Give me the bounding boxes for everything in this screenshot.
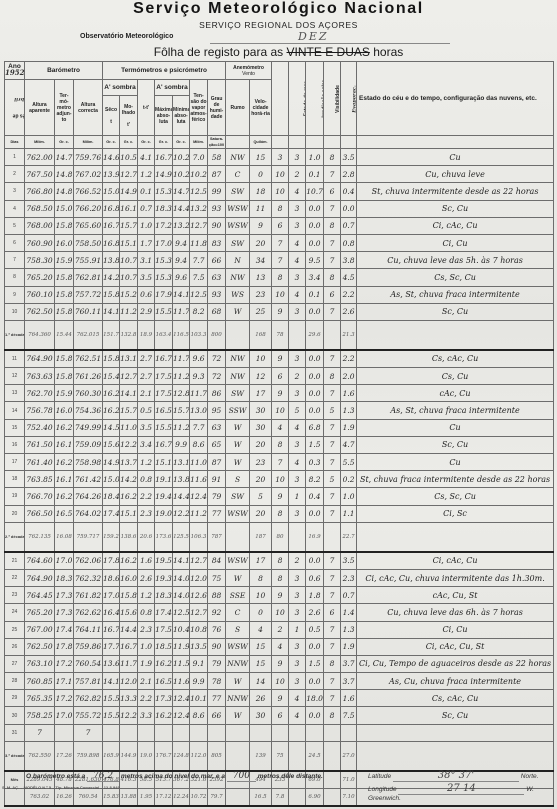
sum-seco: 159.2: [103, 522, 120, 552]
cell-mar: 1: [289, 488, 306, 505]
cell-tens: 7.7: [190, 419, 208, 436]
sky-remark: cAc, Cu: [357, 385, 554, 402]
day-cell: 6: [5, 234, 25, 251]
sky-remark: [357, 724, 554, 741]
cell-tens: 8.6: [190, 436, 208, 453]
blank: [357, 741, 554, 771]
sum-irr: 29.6: [306, 320, 324, 350]
cell-alt_c: 762.51: [74, 350, 103, 368]
cell-term: 15.8: [55, 368, 74, 385]
cell-tens: 12.6: [190, 587, 208, 604]
cell-max: 16.2: [155, 655, 173, 672]
month-vis: [324, 789, 341, 807]
cell-alt_ap: 765.20: [25, 269, 55, 286]
cell-max: 15.5: [155, 303, 173, 320]
sum-seco: 151.7: [103, 320, 120, 350]
cell-alt_c: 749.99: [74, 419, 103, 436]
cell-tens: 7.5: [190, 269, 208, 286]
cell-irr: 8.2: [306, 471, 324, 488]
cell-evap: 2.2: [341, 286, 357, 303]
cell-evap: 3.7: [341, 673, 357, 690]
cell-irr: 3.4: [306, 269, 324, 286]
cell-vis: 8: [324, 368, 341, 385]
longitude-value: 27 14: [398, 783, 524, 795]
cell-alt_ap: 760.10: [25, 286, 55, 303]
cell-alt_ap: 758.25: [25, 707, 55, 724]
cell-evap: 0.7: [341, 587, 357, 604]
cell-alt_ap: 768.50: [25, 200, 55, 217]
cell-nuv: 7: [272, 252, 289, 269]
cell-irr: 0.0: [306, 385, 324, 402]
cell-seco: 14.1: [103, 303, 120, 320]
cell-vel: 30: [250, 402, 272, 419]
cell-evap: 4.5: [341, 269, 357, 286]
barometer-distance: 700: [227, 771, 256, 782]
cell-term: 17.1: [55, 673, 74, 690]
cell-max: 15.3: [155, 269, 173, 286]
cell-nuv: 10: [272, 286, 289, 303]
cell-vis: 7: [324, 505, 341, 522]
cell-diff: 2.3: [138, 621, 155, 638]
cell-term: 15.8: [55, 217, 74, 234]
cell-nuv: 9: [272, 655, 289, 672]
cell-mar: 3: [289, 436, 306, 453]
cell-tens: 10.1: [190, 690, 208, 707]
cell-mar: 3: [289, 149, 306, 166]
sum-alt_ap: 764.360: [25, 320, 55, 350]
cell-alt_ap: 752.40: [25, 419, 55, 436]
unit-blank: [306, 136, 324, 149]
cell-rumo: W: [226, 454, 250, 471]
cell-min: 14.7: [173, 183, 190, 200]
cell-min: 12.5: [173, 604, 190, 621]
cell-mar: 3: [289, 569, 306, 586]
cell-min: 9.9: [173, 436, 190, 453]
cell-molh: [120, 724, 138, 741]
cell-evap: 1.9: [341, 419, 357, 436]
cell-alt_ap: 764.90: [25, 569, 55, 586]
cell-vel: 20: [250, 234, 272, 251]
cell-vis: 7: [324, 552, 341, 570]
cell-seco: 16.7: [103, 217, 120, 234]
cell-vel: 30: [250, 419, 272, 436]
cell-max: 18.3: [155, 587, 173, 604]
cell-term: 15.9: [55, 252, 74, 269]
cell-min: 14.4: [173, 488, 190, 505]
cell-max: 16.5: [155, 673, 173, 690]
cell-diff: 4.1: [138, 149, 155, 166]
cell-alt_c: 762.06: [74, 552, 103, 570]
unit-blank: [226, 136, 250, 149]
solar-irradiation-header: Irradiação solar: [306, 62, 324, 136]
table-row: 18763.8516.1761.4215.014.20.819.113.811.…: [5, 471, 554, 488]
cell-evap: 1.9: [341, 638, 357, 655]
cell-diff: 3.5: [138, 419, 155, 436]
cell-alt_c: 765.60: [74, 217, 103, 234]
sum-term: 15.44: [55, 320, 74, 350]
cell-min: 9.4: [173, 234, 190, 251]
cell-vel: 23: [250, 286, 272, 303]
cell-max: 18.5: [155, 638, 173, 655]
cell-molh: 15.7: [120, 217, 138, 234]
cell-seco: 15.0: [103, 183, 120, 200]
cell-molh: 15.7: [120, 402, 138, 419]
cell-diff: 3.1: [138, 252, 155, 269]
sheet-title-hour: VINTE E DUAS: [287, 45, 370, 59]
cell-seco: 16.8: [103, 234, 120, 251]
cell-term: 17.0: [55, 707, 74, 724]
cell-molh: 16.2: [120, 488, 138, 505]
cell-term: 16.2: [55, 419, 74, 436]
cell-seco: 15.5: [103, 707, 120, 724]
cell-evap: 1.0: [341, 488, 357, 505]
cell-nuv: 7: [272, 234, 289, 251]
cell-vel: 10: [250, 587, 272, 604]
cell-term: 15.8: [55, 303, 74, 320]
cell-vis: 7: [324, 419, 341, 436]
cell-hum: 58: [208, 149, 226, 166]
unit-grc: Gr. c.: [120, 136, 138, 149]
cell-hum: 99: [208, 183, 226, 200]
day-cell: 25: [5, 621, 25, 638]
cell-mar: 4: [289, 707, 306, 724]
cell-vis: 7: [324, 673, 341, 690]
cell-seco: 17.0: [103, 587, 120, 604]
cell-alt_ap: 758.30: [25, 252, 55, 269]
cell-tens: 9.6: [190, 350, 208, 368]
cell-vis: 8: [324, 655, 341, 672]
cell-max: 17.5: [155, 621, 173, 638]
day-cell: 16: [5, 436, 25, 453]
cell-vis: 5: [324, 471, 341, 488]
cell-nuv: 2: [272, 621, 289, 638]
sum-vel: 168: [250, 320, 272, 350]
cell-rumo: C: [226, 166, 250, 183]
cell-seco: 15.6: [103, 436, 120, 453]
sum-molh: 144.9: [120, 741, 138, 771]
cell-term: 17.2: [55, 690, 74, 707]
cell-diff: 2.1: [138, 673, 155, 690]
cell-hum: 63: [208, 419, 226, 436]
unit-blank: [289, 136, 306, 149]
day-cell: 20: [5, 505, 25, 522]
barometer-height: 76,2: [87, 771, 119, 782]
cell-hum: 65: [208, 436, 226, 453]
cell-vel: 34: [250, 252, 272, 269]
cell-min: 12.8: [173, 385, 190, 402]
cell-vis: 6: [324, 286, 341, 303]
cell-hum: 72: [208, 350, 226, 368]
cell-seco: 16.7: [103, 621, 120, 638]
cell-rumo: SSE: [226, 587, 250, 604]
cell-vis: 7: [324, 638, 341, 655]
cell-alt_c: 758.98: [74, 454, 103, 471]
cell-tens: 13.2: [190, 200, 208, 217]
cell-seco: 17.8: [103, 552, 120, 570]
cell-min: 11.5: [173, 655, 190, 672]
unit-blank: [324, 136, 341, 149]
cell-vel: 11: [250, 200, 272, 217]
cell-evap: [341, 724, 357, 741]
table-row: 6760.9016.0758.5016.815.11.717.09.411.88…: [5, 234, 554, 251]
cell-alt_ap: 766.80: [25, 183, 55, 200]
cell-max: 19.0: [155, 505, 173, 522]
sum-rumo: [226, 522, 250, 552]
sum-min: 116.5: [173, 320, 190, 350]
cell-evap: 1.3: [341, 621, 357, 638]
cell-min: 14.4: [173, 200, 190, 217]
cell-alt_ap: 765.20: [25, 604, 55, 621]
dry-header: Sêcot: [103, 96, 120, 136]
cell-vis: 7: [324, 303, 341, 320]
cell-diff: 0.1: [138, 183, 155, 200]
cell-rumo: WSW: [226, 217, 250, 234]
cell-vis: 7: [324, 569, 341, 586]
cell-term: 14.8: [55, 183, 74, 200]
cell-diff: 2.2: [138, 690, 155, 707]
cell-min: 12.4: [173, 690, 190, 707]
cell-rumo: W: [226, 436, 250, 453]
cell-vis: 8: [324, 217, 341, 234]
cell-term: 16.5: [55, 505, 74, 522]
cell-evap: 0.7: [341, 217, 357, 234]
cell-alt_c: 761.82: [74, 587, 103, 604]
cell-max: 18.3: [155, 200, 173, 217]
cell-max: 16.7: [155, 436, 173, 453]
cell-rumo: W: [226, 673, 250, 690]
cell-alt_ap: 761.40: [25, 454, 55, 471]
sky-remark: Cu, chuva leve das 6h. às 7 horas: [357, 604, 554, 621]
cell-seco: 16.8: [103, 200, 120, 217]
unit-blank: [357, 136, 554, 149]
cell-diff: 2.7: [138, 350, 155, 368]
sum-nuv: 80: [272, 522, 289, 552]
day-cell: 27: [5, 655, 25, 672]
cell-min: 13.8: [173, 471, 190, 488]
cell-mar: 3: [289, 303, 306, 320]
cell-nuv: 9: [272, 488, 289, 505]
sum-term: 16.08: [55, 522, 74, 552]
cell-diff: 1.6: [138, 552, 155, 570]
cell-vel: 23: [250, 454, 272, 471]
cell-term: 15.8: [55, 350, 74, 368]
sum-min: 125.5: [173, 522, 190, 552]
cell-diff: 2.7: [138, 368, 155, 385]
cell-diff: [138, 724, 155, 741]
decade-summary-row: 3.ª década762.55017.26759.898165.9144.91…: [5, 741, 554, 771]
cell-seco: 14.2: [103, 269, 120, 286]
cell-alt_ap: 764.45: [25, 587, 55, 604]
latitude: Latitude 38° 37' Norte.: [368, 770, 538, 782]
cell-vel: 17: [250, 552, 272, 570]
cell-hum: 92: [208, 604, 226, 621]
cell-min: 14.0: [173, 569, 190, 586]
day-cell: 8: [5, 269, 25, 286]
cell-seco: [103, 724, 120, 741]
cell-tens: 13.5: [190, 638, 208, 655]
cell-diff: 0.5: [138, 402, 155, 419]
month-alt_c: 760.54: [74, 789, 103, 807]
cell-hum: 76: [208, 621, 226, 638]
cell-rumo: WSW: [226, 505, 250, 522]
table-row: 27763.1017.2760.5413.611.71.916.211.59.1…: [5, 655, 554, 672]
cell-molh: 16.0: [120, 569, 138, 586]
cell-min: 15.7: [173, 402, 190, 419]
cell-vel: 26: [250, 690, 272, 707]
cell-seco: 16.2: [103, 385, 120, 402]
cell-nuv: 10: [272, 471, 289, 488]
cell-term: 17.0: [55, 552, 74, 570]
table-row: 16761.5016.1759.0915.612.23.416.79.98.66…: [5, 436, 554, 453]
cell-nuv: 6: [272, 368, 289, 385]
cell-rumo: NNW: [226, 690, 250, 707]
cell-seco: 16.4: [103, 604, 120, 621]
cell-nuv: 8: [272, 505, 289, 522]
table-row: 2767.5014.8767.0213.912.71.214.910.210.2…: [5, 166, 554, 183]
cell-hum: 95: [208, 402, 226, 419]
cell-mar: 3: [289, 505, 306, 522]
table-row: 30758.2517.0755.7215.512.23.316.212.48.6…: [5, 707, 554, 724]
cell-vel: 15: [250, 655, 272, 672]
cell-alt_c: 764.26: [74, 488, 103, 505]
cell-alt_ap: 762.70: [25, 385, 55, 402]
cell-diff: 3.3: [138, 707, 155, 724]
sky-remark: Cu, chuva leve das 5h. às 7 horas: [357, 252, 554, 269]
cell-diff: 0.6: [138, 286, 155, 303]
sum-vis: [324, 741, 341, 771]
cell-vel: 5: [250, 488, 272, 505]
sky-remark: Ci, cAc, Cu, chuva intermitente das 1h.3…: [357, 569, 554, 586]
day-cell: 21: [5, 552, 25, 570]
month-nuv: 7.8: [272, 789, 289, 807]
cell-molh: 16.1: [120, 200, 138, 217]
cell-irr: 0.0: [306, 552, 324, 570]
blank: [357, 320, 554, 350]
cell-max: [155, 724, 173, 741]
day-cell: 1: [5, 149, 25, 166]
day-cell: 28: [5, 673, 25, 690]
table-row: 5768.0015.8765.6016.715.71.017.213.212.7…: [5, 217, 554, 234]
cell-seco: 17.7: [103, 638, 120, 655]
cell-alt_c: 766.20: [74, 200, 103, 217]
sum-evap: 21.3: [341, 320, 357, 350]
cell-mar: 4: [289, 419, 306, 436]
cell-term: 15.0: [55, 200, 74, 217]
cell-max: 14.9: [155, 166, 173, 183]
cell-min: [173, 724, 190, 741]
sum-mar: [289, 522, 306, 552]
cell-min: 11.2: [173, 368, 190, 385]
cell-max: 19.3: [155, 569, 173, 586]
cell-mar: 3: [289, 655, 306, 672]
sum-nuv: 75: [272, 741, 289, 771]
sum-molh: 138.6: [120, 522, 138, 552]
cell-tens: 11.7: [190, 385, 208, 402]
cell-vel: 9: [250, 217, 272, 234]
table-row: 4768.5015.0766.2016.816.10.718.314.413.2…: [5, 200, 554, 217]
cell-rumo: SW: [226, 183, 250, 200]
cell-alt_ap: 756.78: [25, 402, 55, 419]
cell-mar: 3: [289, 638, 306, 655]
cell-tens: 9.1: [190, 655, 208, 672]
cell-diff: 2.1: [138, 385, 155, 402]
sum-hum: 805: [208, 741, 226, 771]
sky-remark: Cs, Sc, Cu: [357, 269, 554, 286]
cell-min: 11.6: [173, 673, 190, 690]
cell-irr: 0.0: [306, 505, 324, 522]
cell-seco: 13.6: [103, 655, 120, 672]
cell-min: 9.6: [173, 269, 190, 286]
cell-tens: 7.0: [190, 149, 208, 166]
sum-evap: 22.7: [341, 522, 357, 552]
cell-hum: 79: [208, 655, 226, 672]
cell-rumo: C: [226, 604, 250, 621]
decade-label: 2.ª década: [5, 522, 25, 552]
day-cell: 12: [5, 368, 25, 385]
cell-vis: 7: [324, 690, 341, 707]
cell-vel: 20: [250, 471, 272, 488]
cell-diff: 2.3: [138, 505, 155, 522]
cell-nuv: 9: [272, 587, 289, 604]
cell-rumo: NW: [226, 350, 250, 368]
sky-remark: Ci, Sc: [357, 505, 554, 522]
cell-tens: 10.8: [190, 621, 208, 638]
month-label: [5, 789, 25, 807]
cell-vis: 7: [324, 488, 341, 505]
day-cell: 3: [5, 183, 25, 200]
cell-vis: 6: [324, 183, 341, 200]
cell-hum: 79: [208, 488, 226, 505]
cell-alt_ap: 761.50: [25, 436, 55, 453]
cell-irr: 10.7: [306, 183, 324, 200]
day-cell: 22: [5, 569, 25, 586]
cell-hum: 88: [208, 587, 226, 604]
cell-evap: 1.6: [341, 385, 357, 402]
cell-mar: 4: [289, 252, 306, 269]
cell-evap: 1.1: [341, 505, 357, 522]
cell-evap: 0.0: [341, 200, 357, 217]
cell-term: 15.8: [55, 286, 74, 303]
cell-max: 15.5: [155, 419, 173, 436]
day-cell: 9: [5, 286, 25, 303]
sum-rumo: [226, 320, 250, 350]
vapor-tension-header: Ten-são do vapor atmos-férico: [190, 80, 208, 136]
sky-remark: As, St, chuva fraca intermitente: [357, 402, 554, 419]
model-imprint: S. M. AÇ. – MODÊLO N.º 5 – Tip. Minerva …: [2, 785, 120, 790]
cell-max: 16.5: [155, 402, 173, 419]
cell-max: 17.5: [155, 385, 173, 402]
month-seco: 15.83: [103, 789, 120, 807]
cell-nuv: 9: [272, 385, 289, 402]
cell-seco: 13.8: [103, 252, 120, 269]
cell-tens: 9.9: [190, 673, 208, 690]
month-vis: [324, 771, 341, 789]
cell-mar: 4: [289, 183, 306, 200]
day-cell: 29: [5, 690, 25, 707]
sum-molh: 132.8: [120, 320, 138, 350]
cell-alt_c: 762.62: [74, 604, 103, 621]
cell-evap: 0.2: [341, 471, 357, 488]
cell-seco: 14.6: [103, 149, 120, 166]
sum-alt_c: 762.015: [74, 320, 103, 350]
cell-min: 10.2: [173, 166, 190, 183]
cell-hum: 84: [208, 552, 226, 570]
table-row: 17761.4016.2758.9814.913.71.215.113.111.…: [5, 454, 554, 471]
sky-remark: Sc, Cu: [357, 200, 554, 217]
cell-min: 10.4: [173, 621, 190, 638]
cell-rumo: [226, 724, 250, 741]
cell-term: 16.0: [55, 402, 74, 419]
